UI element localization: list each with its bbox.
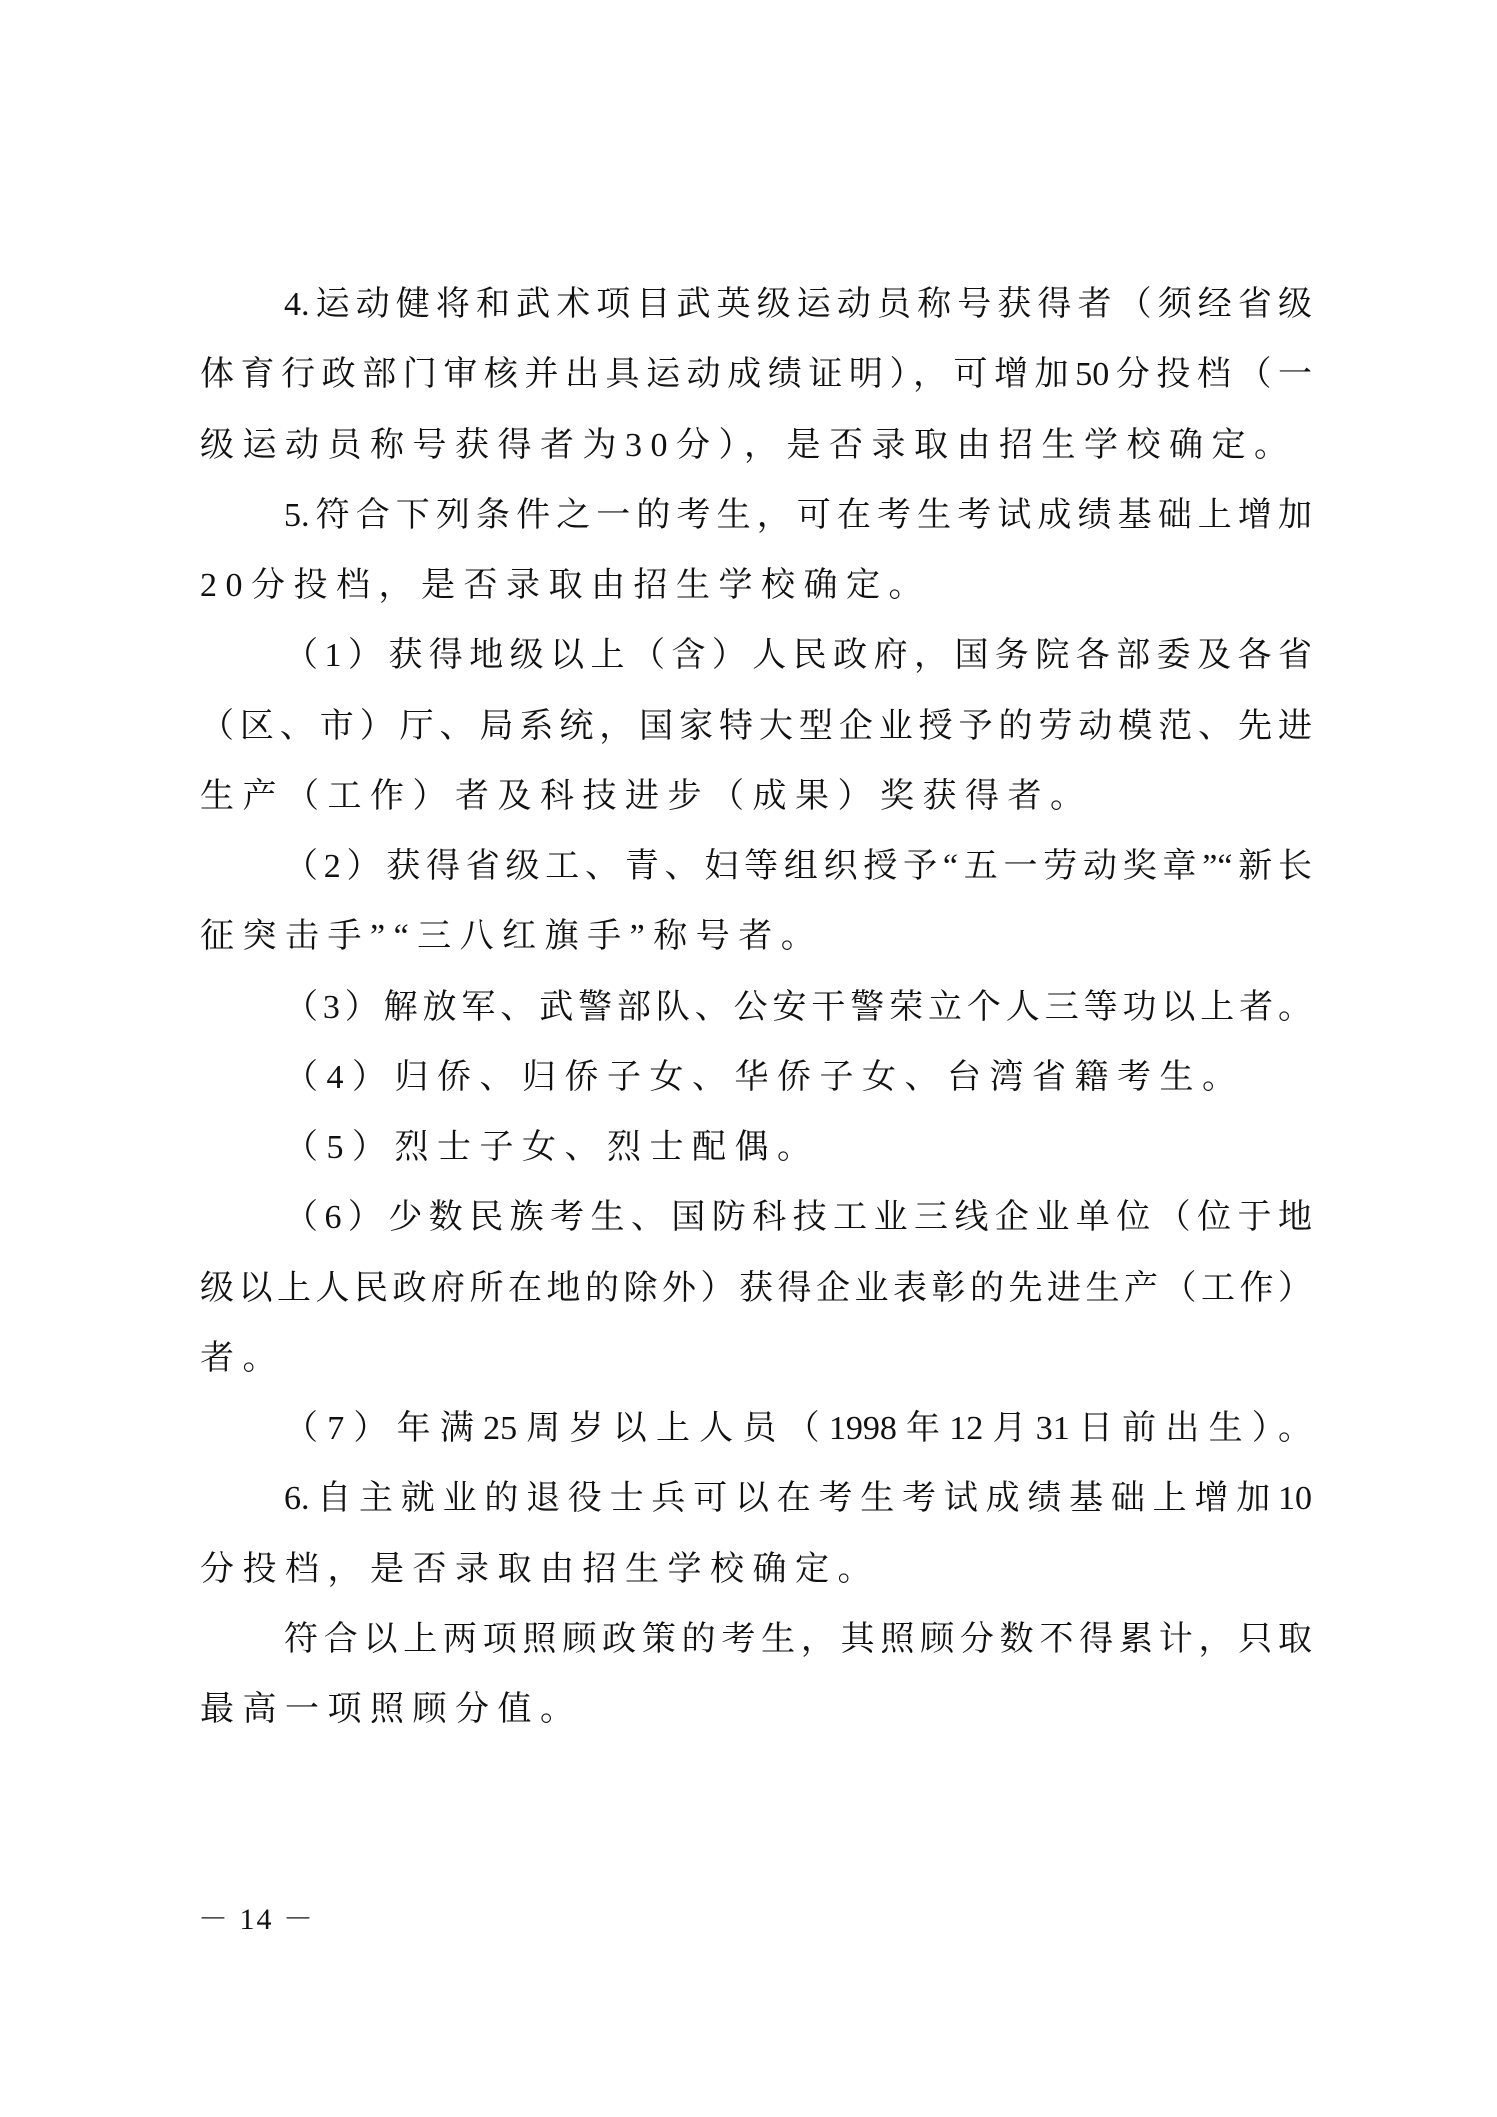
- paragraph-item-5-2: （2）获得省级工、青、妇等组织授予“五一劳动奖章”“新长 征突击手”“三八红旗手…: [200, 832, 1312, 973]
- paragraph-item-5-7: （7）年满25周岁以上人员（1998年12月31日前出生）。: [200, 1394, 1312, 1464]
- paragraph-line: （1）获得地级以上（含）人民政府，国务院各部委及各省: [200, 621, 1312, 691]
- paragraph-line: （4）归侨、归侨子女、华侨子女、台湾省籍考生。: [200, 1043, 1312, 1113]
- paragraph-line: 最高一项照顾分值。: [200, 1675, 1312, 1745]
- paragraph-item-6: 6.自主就业的退役士兵可以在考生考试成绩基础上增加10 分投档，是否录取由招生学…: [200, 1464, 1312, 1605]
- paragraph-line: 级以上人民政府所在地的除外）获得企业表彰的先进生产（工作）: [200, 1254, 1312, 1324]
- paragraph-line: 生产（工作）者及科技进步（成果）奖获得者。: [200, 762, 1312, 832]
- paragraph-item-5-4: （4）归侨、归侨子女、华侨子女、台湾省籍考生。: [200, 1043, 1312, 1113]
- paragraph-item-5: 5.符合下列条件之一的考生，可在考生考试成绩基础上增加 20分投档，是否录取由招…: [200, 481, 1312, 622]
- paragraph-item-5-3: （3）解放军、武警部队、公安干警荣立个人三等功以上者。: [200, 973, 1312, 1043]
- paragraph-line: 级运动员称号获得者为30分），是否录取由招生学校确定。: [200, 411, 1312, 481]
- paragraph-line: 20分投档，是否录取由招生学校确定。: [200, 551, 1312, 621]
- paragraph-line: （6）少数民族考生、国防科技工业三线企业单位（位于地: [200, 1183, 1312, 1253]
- paragraph-line: 4.运动健将和武术项目武英级运动员称号获得者（须经省级: [200, 270, 1312, 340]
- paragraph-item-4: 4.运动健将和武术项目武英级运动员称号获得者（须经省级 体育行政部门审核并出具运…: [200, 270, 1312, 481]
- paragraph-item-5-5: （5）烈士子女、烈士配偶。: [200, 1113, 1312, 1183]
- paragraph-line: （区、市）厅、局系统，国家特大型企业授予的劳动模范、先进: [200, 692, 1312, 762]
- paragraph-line: （5）烈士子女、烈士配偶。: [200, 1113, 1312, 1183]
- paragraph-line: （3）解放军、武警部队、公安干警荣立个人三等功以上者。: [200, 973, 1312, 1043]
- paragraph-line: 5.符合下列条件之一的考生，可在考生考试成绩基础上增加: [200, 481, 1312, 551]
- page-number: － 14 －: [198, 1900, 315, 1940]
- paragraph-line: 分投档，是否录取由招生学校确定。: [200, 1535, 1312, 1605]
- document-body: 4.运动健将和武术项目武英级运动员称号获得者（须经省级 体育行政部门审核并出具运…: [200, 270, 1312, 1745]
- paragraph-line: 6.自主就业的退役士兵可以在考生考试成绩基础上增加10: [200, 1464, 1312, 1534]
- paragraph-line: 符合以上两项照顾政策的考生，其照顾分数不得累计，只取: [200, 1605, 1312, 1675]
- paragraph-line: 征突击手”“三八红旗手”称号者。: [200, 902, 1312, 972]
- paragraph-line: （2）获得省级工、青、妇等组织授予“五一劳动奖章”“新长: [200, 832, 1312, 902]
- paragraph-item-5-6: （6）少数民族考生、国防科技工业三线企业单位（位于地 级以上人民政府所在地的除外…: [200, 1183, 1312, 1394]
- paragraph-line: 者。: [200, 1324, 1312, 1394]
- paragraph-item-5-1: （1）获得地级以上（含）人民政府，国务院各部委及各省 （区、市）厅、局系统，国家…: [200, 621, 1312, 832]
- paragraph-line: （7）年满25周岁以上人员（1998年12月31日前出生）。: [200, 1394, 1312, 1464]
- document-page: 4.运动健将和武术项目武英级运动员称号获得者（须经省级 体育行政部门审核并出具运…: [0, 0, 1497, 2117]
- paragraph-line: 体育行政部门审核并出具运动成绩证明），可增加50分投档（一: [200, 340, 1312, 410]
- paragraph-closing-note: 符合以上两项照顾政策的考生，其照顾分数不得累计，只取 最高一项照顾分值。: [200, 1605, 1312, 1746]
